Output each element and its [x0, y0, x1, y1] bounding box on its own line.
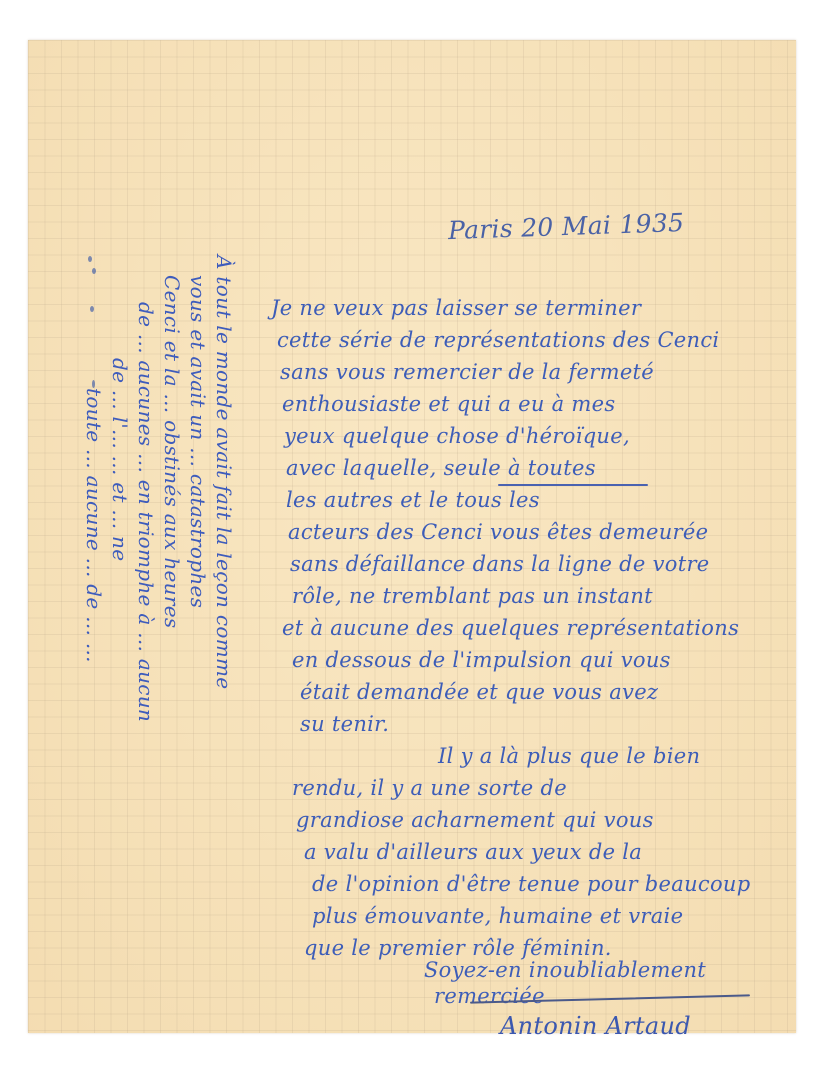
- body-line: plus émouvante, humaine et vraie: [312, 906, 683, 927]
- signature: Antonin Artaud: [500, 1012, 691, 1040]
- emphasis-underline: [498, 484, 648, 486]
- body-line: Il y a là plus que le bien: [438, 746, 700, 767]
- body-line: acteurs des Cenci vous êtes demeurée: [288, 522, 708, 543]
- body-line: que le premier rôle féminin.: [304, 938, 612, 959]
- margin-note-line: vous et avait un ... catastrophes: [186, 275, 210, 608]
- margin-note-line: de ... l'... ... et ... ne: [108, 358, 132, 561]
- body-line: de l'opinion d'être tenue pour beaucoup: [312, 874, 750, 895]
- body-line: avec laquelle, seule à toutes: [286, 458, 596, 479]
- ink-speck: [88, 256, 92, 262]
- body-line: en dessous de l'impulsion qui vous: [292, 650, 671, 671]
- body-line: yeux quelque chose d'héroïque,: [284, 426, 630, 447]
- ink-speck: [92, 268, 96, 274]
- body-line: sans défaillance dans la ligne de votre: [290, 554, 710, 575]
- margin-note-line: À tout le monde avait fait la leçon comm…: [212, 255, 236, 689]
- letter-paper: Paris 20 Mai 1935 Je ne veux pas laisser…: [28, 40, 796, 1033]
- body-line: grandiose acharnement qui vous: [296, 810, 654, 831]
- body-line: sans vous remercier de la fermeté: [280, 362, 654, 383]
- body-line: cette série de représentations des Cenci: [277, 330, 719, 351]
- body-line: était demandée et que vous avez: [300, 682, 658, 703]
- margin-note-line: toute ... aucune ... de ... ...: [82, 388, 106, 663]
- body-line: rôle, ne tremblant pas un instant: [292, 586, 653, 607]
- body-line: rendu, il y a une sorte de: [292, 778, 567, 799]
- body-line: Je ne veux pas laisser se terminer: [271, 298, 641, 319]
- closing-line: remerciée: [434, 986, 545, 1007]
- body-line: les autres et le tous les: [286, 490, 540, 511]
- body-line: a valu d'ailleurs aux yeux de la: [304, 842, 642, 863]
- margin-note-line: de ... aucunes ... en triomphe à ... auc…: [134, 302, 158, 722]
- margin-note-line: Cenci et la ... obstinés aux heures: [160, 275, 184, 628]
- closing-line: Soyez-en inoubliablement: [424, 960, 706, 981]
- body-line: enthousiaste et qui a eu à mes: [282, 394, 615, 415]
- date-line: Paris 20 Mai 1935: [448, 208, 685, 245]
- body-line: et à aucune des quelques représentations: [282, 618, 739, 639]
- body-line: su tenir.: [300, 714, 389, 735]
- ink-speck: [90, 306, 94, 312]
- ink-speck: [92, 380, 95, 388]
